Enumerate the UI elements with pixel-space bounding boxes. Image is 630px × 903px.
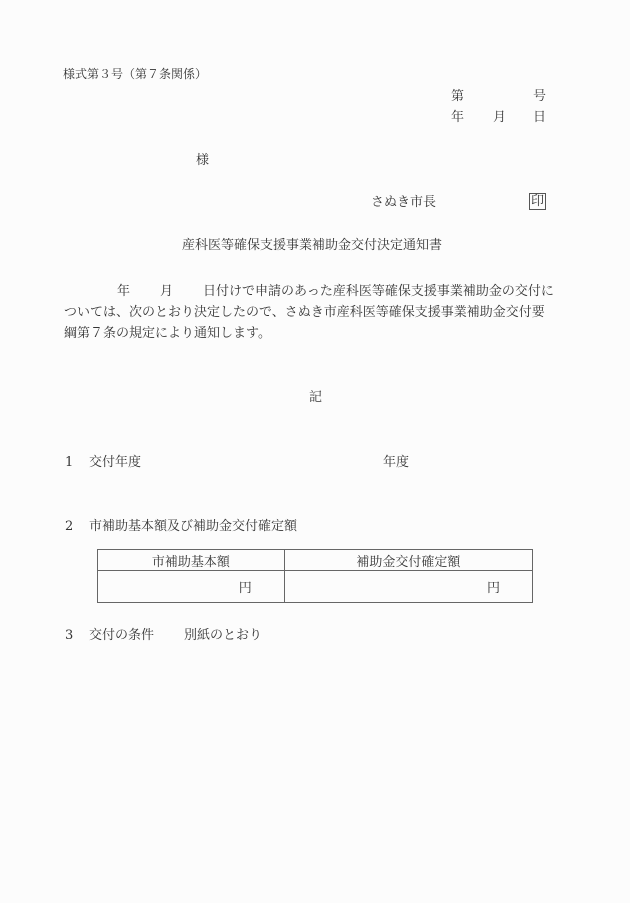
body-line-1: 年月日付けで申請のあった産科医等確保支援事業補助金の交付に xyxy=(64,281,584,302)
table-row: 円 円 xyxy=(98,571,533,603)
document-title: 産科医等確保支援事業補助金交付決定通知書 xyxy=(182,239,442,252)
table-header-row: 市補助基本額 補助金交付確定額 xyxy=(98,550,533,571)
item-number: 2 xyxy=(65,520,89,533)
item-amounts: 2市補助基本額及び補助金交付確定額 xyxy=(65,520,297,533)
body-paragraph: 年月日付けで申請のあった産科医等確保支援事業補助金の交付に ついては、次のとおり… xyxy=(64,281,584,344)
document-date: 年 月 日 xyxy=(451,111,546,124)
date-year: 年 xyxy=(451,110,464,125)
body-month: 月 xyxy=(160,284,173,299)
item-conditions: 3交付の条件別紙のとおり xyxy=(65,629,262,642)
item-number: 1 xyxy=(65,456,89,469)
doc-number-prefix: 第 xyxy=(451,89,464,104)
item-label: 交付の条件 xyxy=(89,628,154,643)
form-number: 様式第３号（第７条関係） xyxy=(63,68,207,80)
cell-confirmed-amount: 円 xyxy=(284,571,532,603)
header-confirmed-amount: 補助金交付確定額 xyxy=(284,550,532,571)
addressee-honorific: 様 xyxy=(196,154,209,167)
item-label: 市補助基本額及び補助金交付確定額 xyxy=(89,519,297,534)
date-day: 日 xyxy=(533,111,546,124)
item-value: 別紙のとおり xyxy=(184,628,262,643)
item-fiscal-year: 1交付年度 xyxy=(65,456,141,469)
body-line-3: 綱第７条の規定により通知します。 xyxy=(64,323,584,344)
issuer-name: さぬき市長 xyxy=(371,196,436,209)
doc-number-suffix: 号 xyxy=(533,90,546,103)
body-year: 年 xyxy=(117,284,130,299)
cell-base-amount: 円 xyxy=(98,571,285,603)
amounts-table: 市補助基本額 補助金交付確定額 円 円 xyxy=(97,549,533,603)
body-line-2: ついては、次のとおり決定したので、さぬき市産科医等確保支援事業補助金交付要 xyxy=(64,302,584,323)
item-label: 交付年度 xyxy=(89,455,141,470)
document-number: 第 号 xyxy=(451,90,546,103)
date-month: 月 xyxy=(493,111,506,124)
item-number: 3 xyxy=(65,629,89,642)
ki-heading: 記 xyxy=(309,391,322,404)
seal-mark: 印 xyxy=(529,193,546,210)
header-base-amount: 市補助基本額 xyxy=(98,550,285,571)
item-fiscal-year-value: 年度 xyxy=(383,456,409,469)
body-line-1-text: 日付けで申請のあった産科医等確保支援事業補助金の交付に xyxy=(203,284,554,299)
